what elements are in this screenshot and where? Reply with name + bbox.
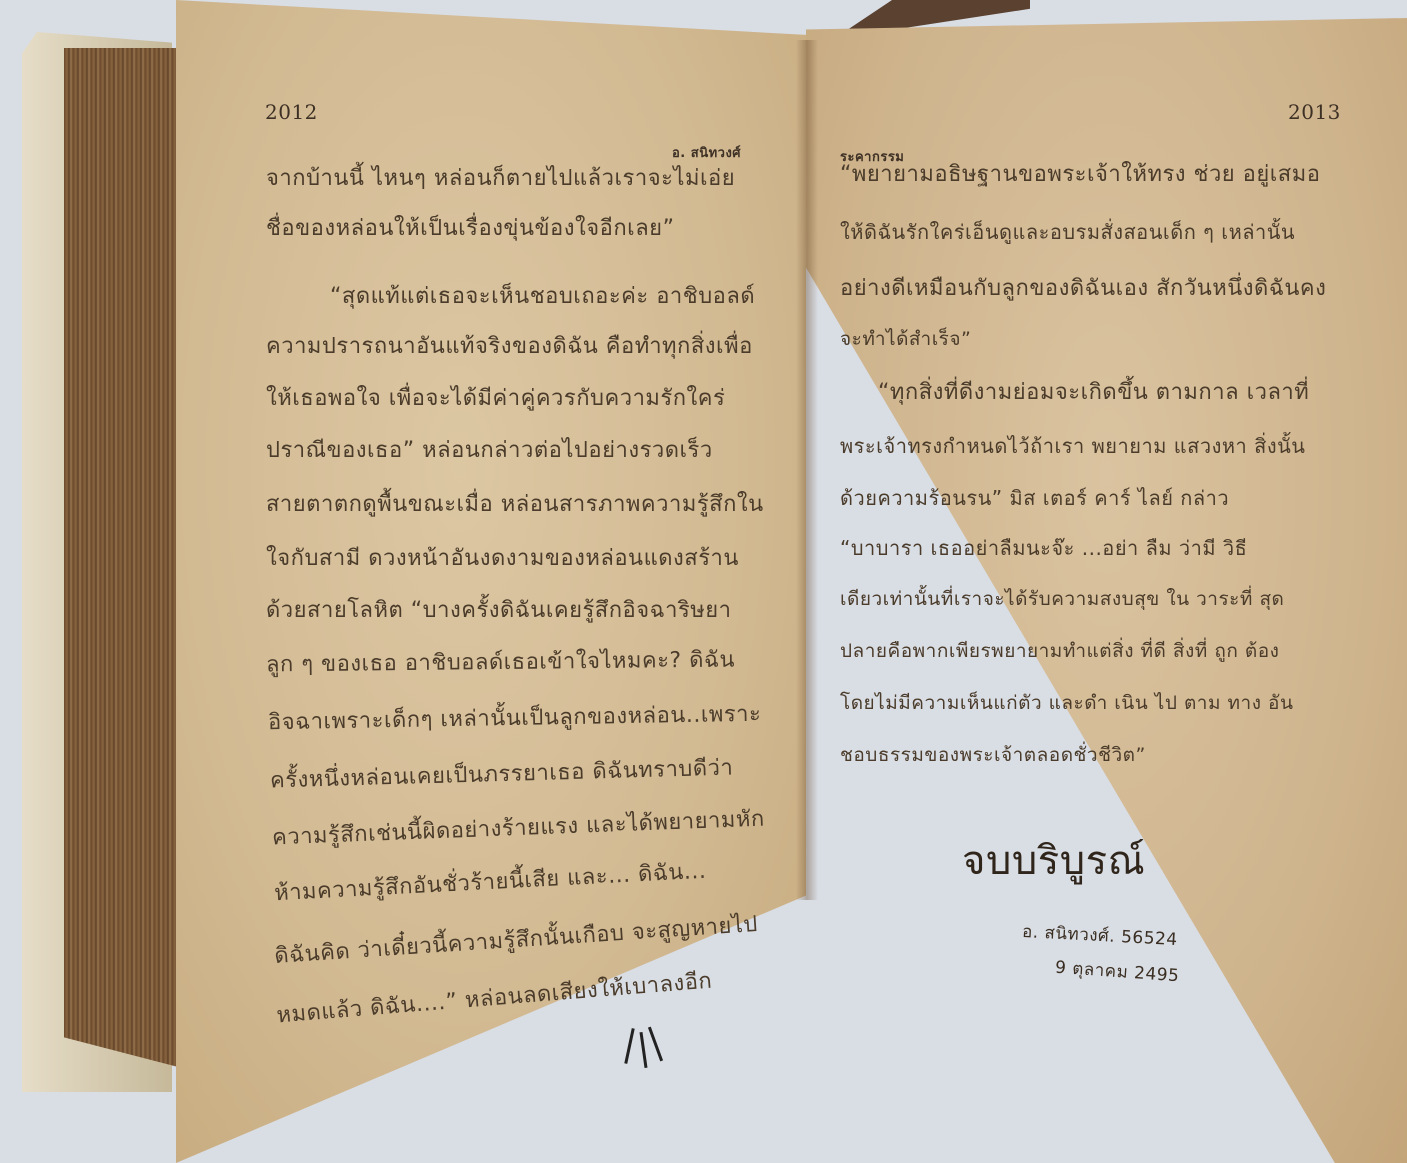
text-line: ปลายคือพากเพียรพยายามทำแต่สิ่ง ที่ดี สิ่… [840, 642, 1279, 661]
running-head-left: อ. สนิทวงศ์ [672, 142, 741, 163]
binding-thread [648, 1027, 663, 1062]
text-line: ปราณีของเธอ” หล่อนกล่าวต่อไปอย่างรวดเร็ว [266, 440, 713, 462]
text-line: โดยไม่มีความเห็นแก่ตัว และดำ เนิน ไป ตาม… [840, 694, 1293, 713]
text-line: ชอบธรรมของพระเจ้าตลอดชั่วชีวิต” [840, 746, 1146, 765]
text-line: ใจกับสามี ดวงหน้าอันงดงามของหล่อนแดงสร้า… [266, 548, 739, 570]
completion-date: 9 ตุลาคม 2495 [1054, 954, 1180, 990]
end-title: จบบริบูรณ์ [962, 828, 1145, 892]
text-line: “บาบารา เธออย่าลืมนะจ๊ะ ...อย่า ลืม ว่าม… [840, 538, 1247, 558]
text-line: พระเจ้าทรงกำหนดไว้ถ้าเรา พยายาม แสวงหา ส… [840, 436, 1305, 456]
text-line: ด้วยความร้อนรน” มิส เตอร์ คาร์ ไลย์ กล่า… [840, 488, 1229, 508]
page-number-right: 2013 [1288, 100, 1341, 124]
text-line: ให้เธอพอใจ เพื่อจะได้มีค่าคู่ควรกับความร… [266, 388, 725, 410]
text-line: อย่างดีเหมือนกับลูกของดิฉันเอง สักวันหนึ… [840, 278, 1326, 300]
text-line: จะทำได้สำเร็จ” [840, 330, 971, 349]
text-line: “ทุกสิ่งที่ดีงามย่อมจะเกิดขึ้น ตามกาล เว… [878, 382, 1309, 404]
page-number-left: 2012 [265, 100, 318, 124]
text-line: สายตาตกดูพื้นขณะเมื่อ หล่อนสารภาพความรู้… [266, 494, 764, 516]
text-line: “พยายามอธิษฐานขอพระเจ้าให้ทรง ช่วย อยู่เ… [840, 164, 1320, 186]
text-line: ให้ดิฉันรักใคร่เอ็นดูและอบรมสั่งสอนเด็ก … [840, 222, 1295, 242]
page-block-edge [64, 48, 182, 1068]
text-line: ชื่อของหล่อนให้เป็นเรื่องขุ่นข้องใจอีกเล… [266, 218, 674, 240]
text-line: “สุดแท้แต่เธอจะเห็นชอบเถอะค่ะ อาชิบอลด์ [330, 286, 755, 308]
gutter-shadow [796, 40, 818, 900]
text-line: ความปรารถนาอันแท้จริงของดิฉัน คือทำทุกสิ… [266, 336, 753, 358]
open-book-photo: 2012 อ. สนิทวงศ์ จากบ้านนี้ ไหนๆ หล่อนก็… [0, 0, 1407, 1163]
binding-thread [640, 1032, 648, 1068]
text-line: เดียวเท่านั้นที่เราจะได้รับความสงบสุข ใน… [840, 590, 1284, 609]
author-signature: อ. สนิทวงศ์. 56524 [1021, 918, 1178, 953]
text-line: ลูก ๆ ของเธอ อาชิบอลด์เธอเข้าใจไหมคะ? ดิ… [266, 650, 735, 677]
text-line: ด้วยสายโลหิต “บางครั้งดิฉันเคยรู้สึกอิจฉ… [266, 600, 732, 622]
text-line: จากบ้านนี้ ไหนๆ หล่อนก็ตายไปแล้วเราจะไม่… [266, 168, 735, 190]
binding-thread [624, 1028, 634, 1064]
